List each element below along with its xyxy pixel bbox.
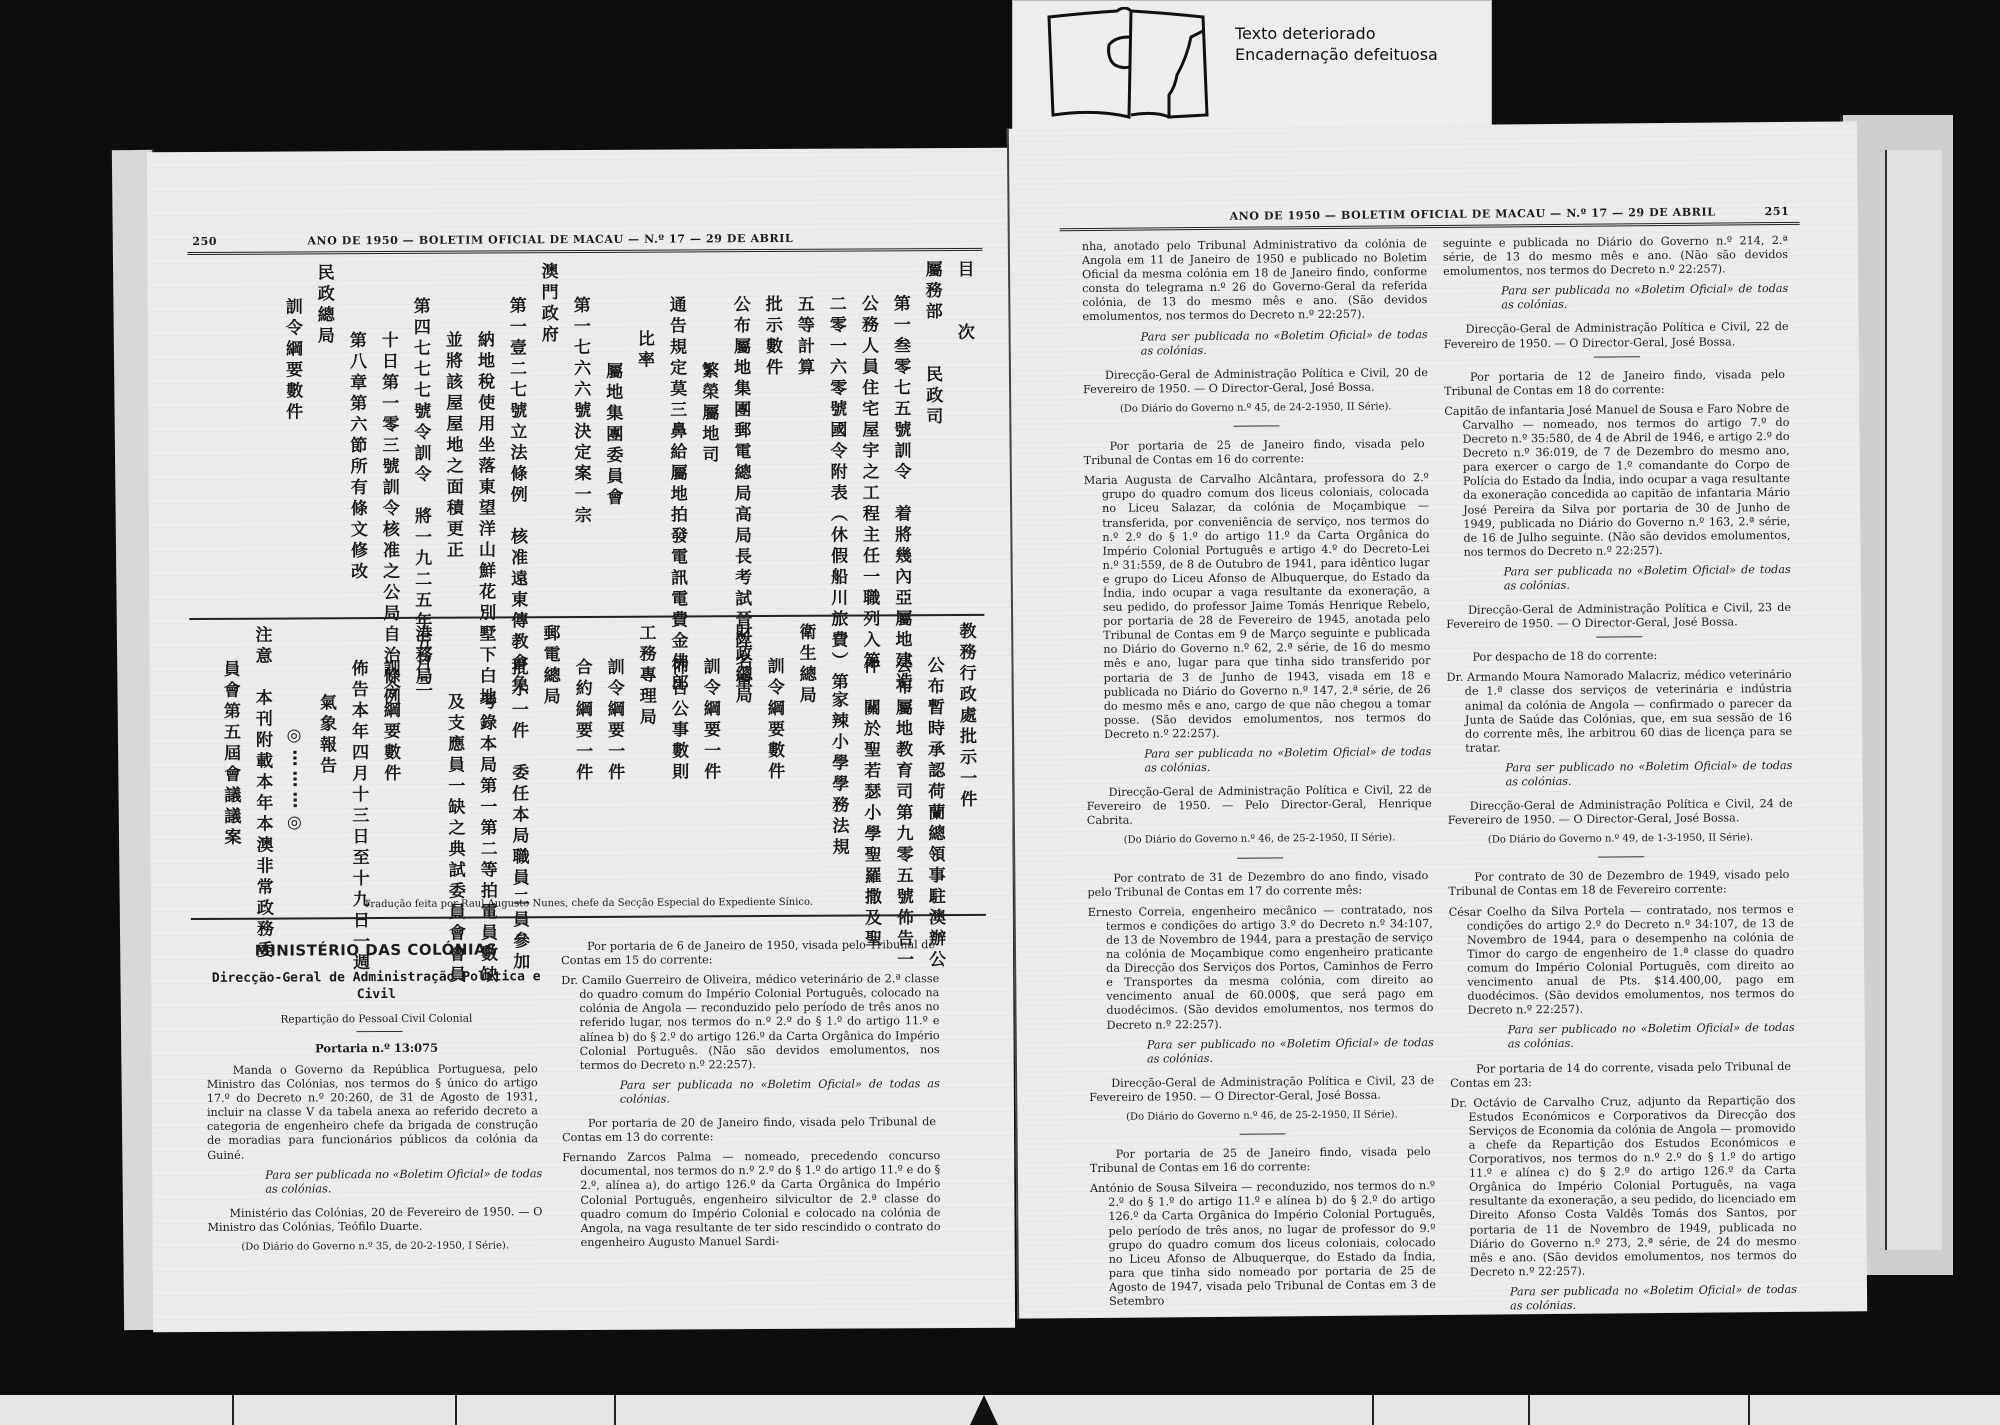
center-marker-icon: [970, 1395, 998, 1425]
running-head: ANO DE 1950 — BOLETIM OFICIAL DE MACAU —…: [307, 232, 793, 248]
index-entry: ◎⋯⋯⋯◎: [277, 625, 311, 915]
paragraph-intro: Por portaria de 12 de Janeiro findo, vis…: [1444, 368, 1789, 399]
right-page-column-1: nha, anotado pelo Tribunal Administrativ…: [1082, 237, 1436, 1315]
paragraph-entry: Dr. Camilo Guerreiro de Oliveira, médico…: [561, 972, 940, 1073]
diario-reference: (Do Diário do Governo n.º 35, de 20-2-19…: [208, 1239, 543, 1255]
index-entry: 件 關於聖若瑟小學聖羅撒及聖: [853, 622, 887, 912]
label-line-1: Texto deteriorado: [1235, 23, 1438, 44]
index-entry: 公布屬地教育司第九零五號佈告一: [885, 622, 919, 912]
index-entry: 第八章第六節所有條文修改: [340, 263, 374, 613]
separator: [357, 1031, 403, 1032]
index-entry: 教務行政處批示一件: [949, 622, 983, 912]
publication-note: Para ser publicada no «Boletim Oficial» …: [1452, 1283, 1797, 1314]
index-entry: 屬務部 民政司: [915, 260, 949, 610]
index-entry: 郵電總局: [533, 624, 567, 914]
index-entry: 佈告本年四月十三日至十九日一週: [341, 625, 375, 915]
paragraph-intro: Por portaria de 25 de Janeiro findo, vis…: [1084, 437, 1429, 468]
publication-note: Para ser publicado no «Boletim Oficial» …: [1450, 1021, 1795, 1052]
separator: [1233, 425, 1279, 426]
index-entry: 五等計算: [787, 261, 821, 611]
index-entry: 二零一六零號國令附表（休假船川旅費）第: [819, 261, 853, 611]
index-entry: 批示一件 委任本局職員二員參加: [501, 624, 535, 914]
index-entry: 合約綱要一件: [565, 624, 599, 914]
index-entry: 訓令綱要一件: [693, 623, 727, 913]
separator: [1596, 636, 1642, 637]
running-head: ANO DE 1950 — BOLETIM OFICIAL DE MACAU —…: [1230, 206, 1716, 223]
index-entry: 家辣小學學務法規: [821, 623, 855, 913]
index-entry: 比率: [627, 262, 661, 612]
index-entry: 氣象報告: [309, 625, 343, 915]
right-page: ANO DE 1950 — BOLETIM OFICIAL DE MACAU —…: [1007, 121, 1867, 1318]
signature: Ministério das Colónias, 20 de Fevereiro…: [207, 1205, 542, 1235]
signature: Direcção-Geral de Administração Política…: [1083, 366, 1428, 397]
index-entry: 港務局: [405, 625, 439, 915]
publication-note: Para ser publicada no «Boletim Oficial» …: [1083, 328, 1428, 359]
paragraph-intro: Por portaria de 20 de Janeiro findo, vis…: [562, 1115, 940, 1145]
paragraph-entry: António de Sousa Silveira — reconduzido,…: [1090, 1179, 1436, 1309]
diario-reference: (Do Diário do Governo n.º 49, de 1-3-195…: [1448, 831, 1793, 848]
paragraph-continuation: seguinte e publicada no Diário do Govern…: [1443, 234, 1788, 279]
condition-label-card: Texto deteriorado Encadernação defeituos…: [1012, 0, 1492, 132]
signature: Direcção-Geral de Administração Política…: [1089, 1074, 1434, 1105]
index-entry: 公布暫時承認荷蘭總領事駐澳辦公: [917, 622, 951, 912]
right-page-column-2: seguinte e publicada no Diário do Govern…: [1443, 234, 1798, 1319]
left-page: 250 ANO DE 1950 — BOLETIM OFICIAL DE MAC…: [147, 148, 1015, 1332]
index-entry: 民政總局: [308, 263, 342, 613]
separator: [1598, 857, 1644, 858]
signature: Direcção-Geral de Administração Política…: [1444, 320, 1789, 351]
ministry-repartition: Repartição do Pessoal Civil Colonial: [211, 1012, 541, 1026]
header-rule: [187, 248, 982, 255]
paragraph-entry: Capitão de infantaria José Manuel de Sou…: [1444, 402, 1790, 560]
portaria-body: Manda o Governo da República Portuguesa,…: [207, 1062, 543, 1162]
index-entry: 第一壹二七號立法條例 核准遠東傳教會免: [499, 262, 533, 612]
index-entry: 及支應員一缺之典試委員會會員: [437, 625, 471, 915]
index-entry: 員會第五屆會議議案: [213, 626, 247, 916]
paragraph-intro: Por portaria de 25 de Janeiro findo, vis…: [1090, 1145, 1435, 1176]
index-entry: 十日第一零三號訓令核准之公局自治條例: [372, 263, 406, 613]
index-entry: 目 次: [947, 260, 981, 610]
torn-book-icon: [1045, 7, 1215, 123]
paragraph-intro: Por despacho de 18 do corrente:: [1446, 648, 1791, 665]
paragraph-entry: Dr. Armando Moura Namorado Malacriz, méd…: [1447, 668, 1793, 756]
paragraph-intro: Por portaria de 6 de Janeiro de 1950, vi…: [561, 938, 939, 968]
publication-note: Para ser publicada no «Boletim Oficial» …: [1446, 563, 1791, 594]
index-entry: 批示數件: [755, 261, 789, 611]
index-entry: 並將該屋屋地之面積更正: [435, 263, 469, 613]
separator: [1237, 857, 1283, 858]
index-entry: 屬地集團委員會: [595, 262, 629, 612]
ministry-subtitle: Direcção-Geral de Administração Política…: [211, 968, 541, 1004]
index-entry: 納地稅使用坐落東望洋山鮮花別墅下白地: [467, 262, 501, 612]
header-rule: [1060, 222, 1800, 231]
label-line-2: Encadernação defeituosa: [1235, 44, 1438, 65]
paragraph-intro: Por contrato de 31 de Dezembro do ano fi…: [1087, 869, 1432, 900]
index-entry: 工務專理局: [629, 624, 663, 914]
index-entry: 佈告公事數則: [661, 623, 695, 913]
index-entry: 公布屬地集團郵電總局高局長考試晉陞名單: [723, 261, 757, 611]
signature: Direcção-Geral de Administração Política…: [1087, 783, 1432, 828]
paragraph-entry: Dr. Octávio de Carvalho Cruz, adjunto da…: [1450, 1094, 1797, 1280]
left-page-column-2: Por portaria de 6 de Janeiro de 1950, vi…: [561, 938, 941, 1256]
index-entry: 訓令綱要數件: [373, 625, 407, 915]
separator: [1593, 356, 1639, 357]
publication-note: Para ser publicado no «Boletim Oficial» …: [1089, 1036, 1434, 1067]
index-entry: 第四七七七號令訓令 將一九二五年五月三: [403, 263, 437, 613]
paragraph-intro: Por portaria de 14 do corrente, visada p…: [1450, 1059, 1795, 1090]
index-entry: 公務人員住宅屋宇之工程主任一職列入第: [851, 260, 885, 610]
signature: Direcção-Geral de Administração Política…: [1448, 797, 1793, 828]
index-entry: 注意 本刊附載本年本澳非常政務委: [245, 626, 279, 916]
page-number: 250: [192, 235, 217, 248]
ministry-column: Manda o Governo da República Portuguesa,…: [207, 1062, 543, 1265]
diario-reference: (Do Diário do Governo n.º 46, de 25-2-19…: [1087, 832, 1432, 849]
index-entry: 訓令綱要一件: [597, 624, 631, 914]
chinese-index-bottom: 教務行政處批示一件公布暫時承認荷蘭總領事駐澳辦公公布屬地教育司第九零五號佈告一件…: [221, 622, 983, 916]
signature: Direcção-Geral de Administração Política…: [1446, 601, 1791, 632]
publication-note: Para ser publicada no «Boletim Oficial» …: [1443, 282, 1788, 313]
diario-reference: (Do Diário do Governo n.º 46, de 25-2-19…: [1089, 1108, 1434, 1125]
publication-note: Para ser publicado no «Boletim Oficial» …: [1447, 759, 1792, 790]
index-entry: 澳門政府: [531, 262, 565, 612]
index-entry: 通告規定莫三鼻給屬地拍發電訊電費金佛郎: [659, 261, 693, 611]
index-entry: 第一七六六號決定案一宗: [563, 262, 597, 612]
paragraph-entry: César Coelho da Silva Portela — contrata…: [1449, 902, 1795, 1018]
portaria-number: Portaria n.º 13:075: [212, 1040, 542, 1056]
page-number: 251: [1765, 205, 1790, 218]
paragraph-entry: Fernando Zarcos Palma — nomeado, precede…: [562, 1149, 941, 1250]
publication-note: Para ser publicada no «Boletim Oficial» …: [562, 1077, 940, 1107]
index-entry: 財政總局: [725, 623, 759, 913]
separator: [1239, 1133, 1285, 1134]
index-entry: 第一叁零七五號訓令 着將幾內亞屬地建造: [883, 260, 917, 610]
index-entry: 訓令綱要數件: [276, 263, 310, 613]
index-entry: 訓令綱要數件: [757, 623, 791, 913]
diario-reference: (Do Diário do Governo n.º 45, de 24-2-19…: [1083, 400, 1428, 417]
index-entry: 繁榮屬地司: [691, 261, 725, 611]
publication-note: Para ser publicada no «Boletim Oficial» …: [207, 1167, 542, 1197]
chinese-index-top: 目 次屬務部 民政司第一叁零七五號訓令 着將幾內亞屬地建造公務人員住宅屋宇之工程…: [220, 260, 982, 614]
paragraph-continuation: nha, anotado pelo Tribunal Administrativ…: [1082, 237, 1428, 325]
paragraph-intro: Por contrato de 30 de Dezembro de 1949, …: [1448, 868, 1793, 899]
page-stack-edge-right-inner: [1885, 150, 1942, 1250]
index-entry: 考錄本局第一第二等拍電員數缺: [469, 624, 503, 914]
scan-calibration-strip: [0, 1395, 2000, 1425]
paragraph-entry: Ernesto Correia, engenheiro mecânico — c…: [1088, 903, 1434, 1033]
ministry-title: MINISTÉRIO DAS COLÓNIAS: [211, 940, 541, 960]
publication-note: Para ser publicada no «Boletim Oficial» …: [1086, 745, 1431, 776]
paragraph-entry: Maria Augusta de Carvalho Alcântara, pro…: [1084, 471, 1431, 742]
index-entry: 衛生總局: [789, 623, 823, 913]
